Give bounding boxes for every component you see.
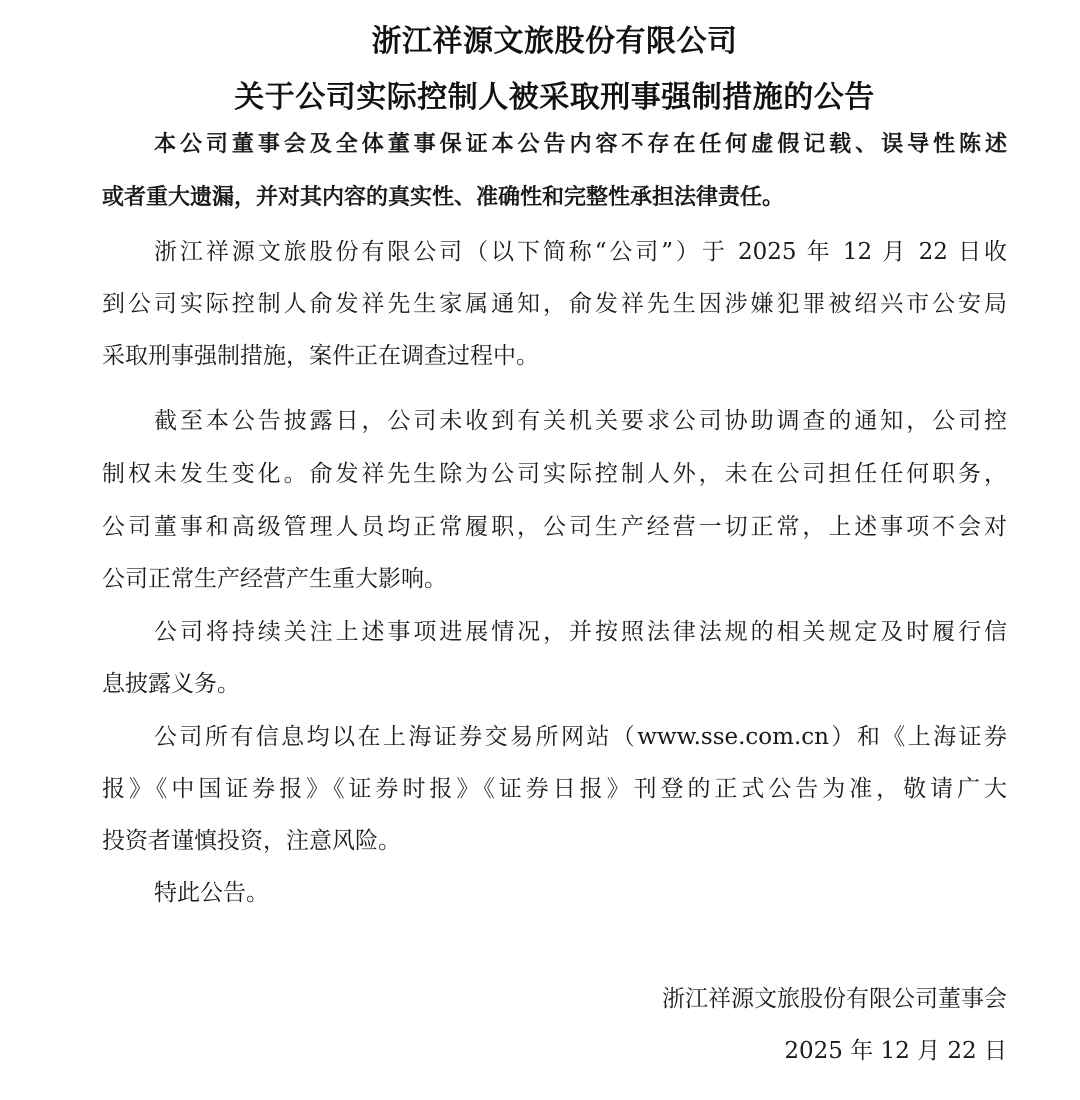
- paragraph-line: 公司所有信息均以在上海证券交易所网站（www.sse.com.cn）和《上海证券: [154, 720, 1007, 754]
- paragraph-line: 公司董事和高级管理人员均正常履职，公司生产经营一切正常，上述事项不会对: [102, 510, 1007, 544]
- paragraph-line: 采取刑事强制措施，案件正在调查过程中。: [102, 339, 1007, 373]
- announcement-title: 关于公司实际控制人被采取刑事强制措施的公告: [102, 72, 1007, 116]
- paragraph-line: 特此公告。: [154, 876, 1007, 910]
- signature-date: 2025 年 12 月 22 日: [784, 1034, 1007, 1068]
- disclaimer-line: 或者重大遗漏，并对其内容的真实性、准确性和完整性承担法律责任。: [102, 181, 1007, 215]
- paragraph-line: 截至本公告披露日，公司未收到有关机关要求公司协助调查的通知，公司控: [154, 404, 1007, 438]
- paragraph-line: 息披露义务。: [102, 667, 1007, 701]
- disclaimer-line: 本公司董事会及全体董事保证本公告内容不存在任何虚假记载、误导性陈述: [154, 128, 1007, 162]
- paragraph-line: 公司将持续关注上述事项进展情况，并按照法律法规的相关规定及时履行信: [154, 615, 1007, 649]
- company-title: 浙江祥源文旅股份有限公司: [102, 16, 1007, 60]
- paragraph-line: 浙江祥源文旅股份有限公司（以下简称“公司”）于 2025 年 12 月 22 日…: [154, 235, 1007, 269]
- paragraph-line: 到公司实际控制人俞发祥先生家属通知，俞发祥先生因涉嫌犯罪被绍兴市公安局: [102, 287, 1007, 321]
- paragraph-line: 制权未发生变化。俞发祥先生除为公司实际控制人外，未在公司担任任何职务，: [102, 457, 1007, 491]
- paragraph-line: 公司正常生产经营产生重大影响。: [102, 562, 1007, 596]
- paragraph-line: 投资者谨慎投资，注意风险。: [102, 824, 1007, 858]
- signature-issuer: 浙江祥源文旅股份有限公司董事会: [662, 982, 1007, 1016]
- paragraph-line: 报》《中国证券报》《证券时报》《证券日报》刊登的正式公告为准，敬请广大: [102, 772, 1007, 806]
